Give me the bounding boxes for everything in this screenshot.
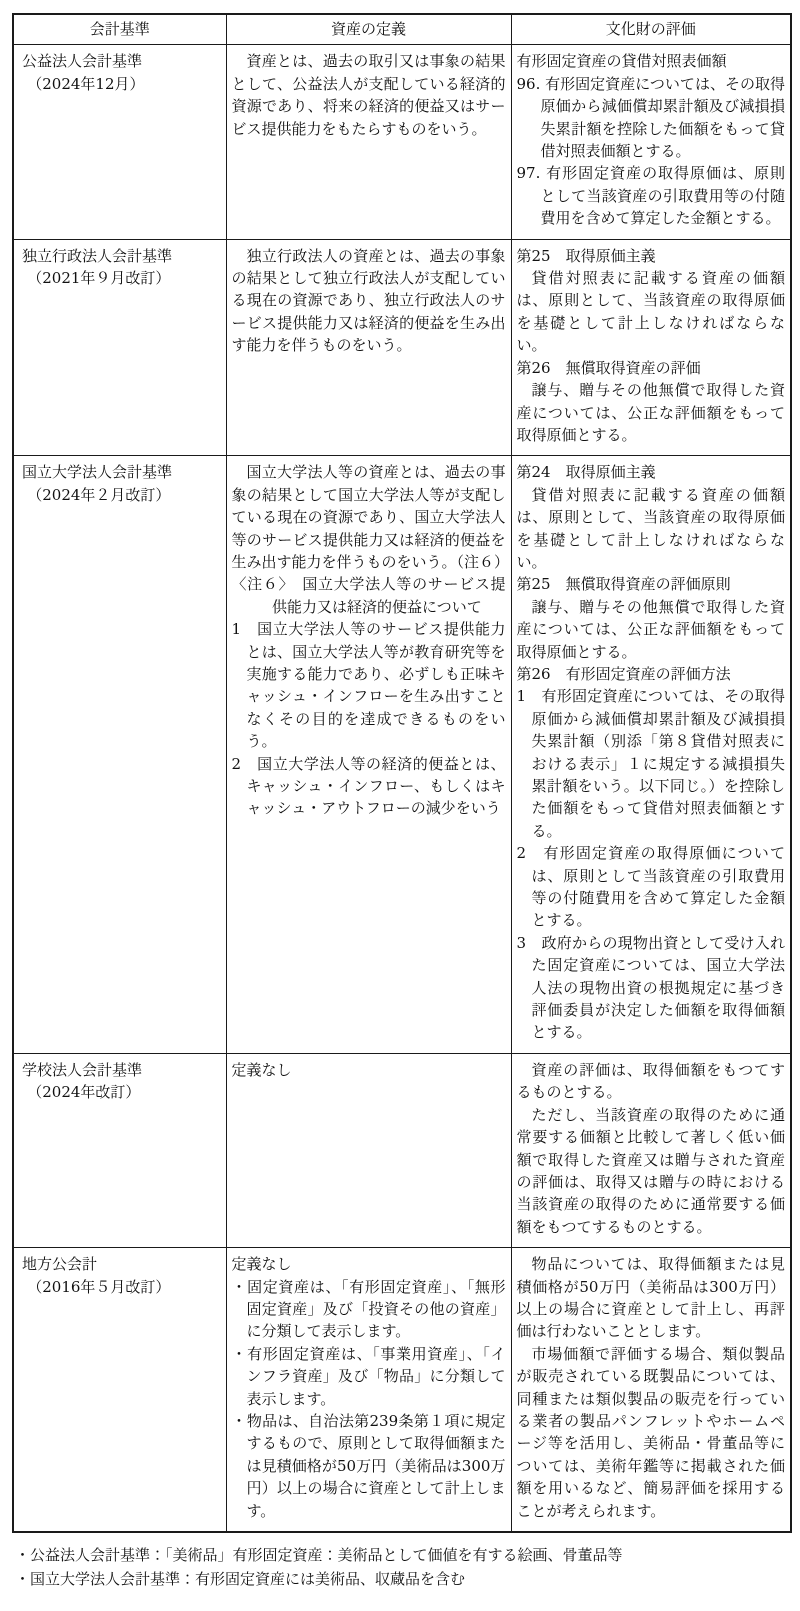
paragraph: 貸借対照表に記載する資産の価額は、原則として、当該資産の取得原価を基礎として計上… [517,484,786,574]
paragraph: 物品については、取得価額または見積価格が50万円（美術品は300万円）以上の場合… [517,1253,786,1343]
cell-standard-name: 地方公会計 （2016年５月改訂） [13,1248,226,1532]
footnote-kokuritsu-bijutsuhin: ・国立大学法人会計基準：有形固定資産には美術品、収蔵品を含む [15,1567,790,1591]
cell-asset-definition: 資産とは、過去の取引又は事象の結果として、公益法人が支配している経済的資源であり… [226,45,511,239]
standard-name: 学校法人会計基準 [22,1059,220,1081]
paragraph: 97. 有形固定資産の取得原価は、原則として当該資産の引取費用等の付随費用を含め… [517,162,786,229]
paragraph: 資産とは、過去の取引又は事象の結果として、公益法人が支配している経済的資源であり… [232,50,506,140]
table-row-gakko-hojin: 学校法人会計基準 （2024年改訂） 定義なし 資産の評価は、取得価額をもつてす… [13,1053,791,1247]
paragraph: 3 政府からの現物出資として受け入れた固定資産については、国立大学法人法の現物出… [517,932,786,1044]
paragraph: 市場価額で評価する場合、類似製品が販売されている既製品については、同種または類似… [517,1343,786,1522]
standard-name: 独立行政法人会計基準 [22,245,220,267]
paragraph: 第26 有形固定資産の評価方法 [517,663,786,685]
paragraph: 譲与、贈与その他無償で取得した資産については、公正な評価額をもって取得原価とする… [517,596,786,663]
paragraph: 第25 無償取得資産の評価原則 [517,573,786,595]
header-asset-definition: 資産の定義 [226,14,511,45]
cell-cultural-property-evaluation: 資産の評価は、取得価額をもつてするものとする。ただし、当該資産の取得のために通常… [511,1053,791,1247]
footnotes: ・公益法人会計基準：「美術品」有形固定資産：美術品として価値を有する絵画、骨董品… [15,1543,790,1591]
accounting-standards-comparison-table: 会計基準 資産の定義 文化財の評価 公益法人会計基準 （2024年12月） 資産… [12,13,792,1533]
paragraph: ただし、当該資産の取得のために通常要する価額と比較して著しく低い価額で取得した資… [517,1104,786,1238]
table-header-row: 会計基準 資産の定義 文化財の評価 [13,14,791,45]
cell-standard-name: 公益法人会計基準 （2024年12月） [13,45,226,239]
cell-standard-name: 学校法人会計基準 （2024年改訂） [13,1053,226,1247]
standard-name: 公益法人会計基準 [22,50,220,72]
cell-asset-definition: 国立大学法人等の資産とは、過去の事象の結果として国立大学法人等が支配している現在… [226,456,511,1054]
paragraph: 独立行政法人の資産とは、過去の事象の結果として独立行政法人が支配している現在の資… [232,245,506,357]
cell-asset-definition: 定義なし [226,1053,511,1247]
standard-name: 地方公会計 [22,1253,220,1275]
standard-date: （2021年９月改訂） [22,267,220,289]
header-accounting-standard: 会計基準 [13,14,226,45]
table-row-kokuritsu-daigaku: 国立大学法人会計基準 （2024年２月改訂） 国立大学法人等の資産とは、過去の事… [13,456,791,1054]
standard-date: （2024年２月改訂） [22,484,220,506]
header-cultural-property-evaluation: 文化財の評価 [511,14,791,45]
paragraph: 第24 取得原価主義 [517,461,786,483]
cell-asset-definition: 独立行政法人の資産とは、過去の事象の結果として独立行政法人が支配している現在の資… [226,239,511,456]
document-page: 会計基準 資産の定義 文化財の評価 公益法人会計基準 （2024年12月） 資産… [0,0,800,1611]
paragraph: 1 有形固定資産については、その取得原価から減価償却累計額及び減損損失累計額（別… [517,685,786,842]
paragraph: 第25 取得原価主義 [517,245,786,267]
paragraph: ・有形固定資産は、「事業用資産」、「インフラ資産」及び「物品」に分類して表示しま… [232,1343,506,1410]
standard-date: （2024年12月） [22,73,220,95]
paragraph: 定義なし [232,1059,506,1081]
table-row-chiho-kokaikei: 地方公会計 （2016年５月改訂） 定義なし・固定資産は、「有形固定資産」、「無… [13,1248,791,1532]
paragraph: 定義なし [232,1253,506,1275]
paragraph: 譲与、贈与その他無償で取得した資産については、公正な評価額をもって取得原価とする… [517,379,786,446]
cell-cultural-property-evaluation: 物品については、取得価額または見積価格が50万円（美術品は300万円）以上の場合… [511,1248,791,1532]
cell-asset-definition: 定義なし・固定資産は、「有形固定資産」、「無形固定資産」及び「投資その他の資産」… [226,1248,511,1532]
paragraph: 1 国立大学法人等のサービス提供能力とは、国立大学法人等が教育研究等を実施する能… [232,618,506,752]
paragraph: 2 有形固定資産の取得原価については、原則として当該資産の引取費用等の付随費用を… [517,842,786,932]
paragraph: ・固定資産は、「有形固定資産」、「無形固定資産」及び「投資その他の資産」に分類し… [232,1276,506,1343]
table-row-koeki-hojin: 公益法人会計基準 （2024年12月） 資産とは、過去の取引又は事象の結果として… [13,45,791,239]
footnote-koeki-bijutsuhin: ・公益法人会計基準：「美術品」有形固定資産：美術品として価値を有する絵画、骨董品… [15,1543,790,1567]
paragraph: 国立大学法人等の資産とは、過去の事象の結果として国立大学法人等が支配している現在… [232,461,506,573]
paragraph: 96. 有形固定資産については、その取得原価から減価償却累計額及び減損損失累計額… [517,73,786,163]
cell-cultural-property-evaluation: 第25 取得原価主義貸借対照表に記載する資産の価額は、原則として、当該資産の取得… [511,239,791,456]
cell-standard-name: 独立行政法人会計基準 （2021年９月改訂） [13,239,226,456]
paragraph: 貸借対照表に記載する資産の価額は、原則として、当該資産の取得原価を基礎として計上… [517,267,786,357]
cell-standard-name: 国立大学法人会計基準 （2024年２月改訂） [13,456,226,1054]
paragraph: 有形固定資産の貸借対照表価額 [517,50,786,72]
cell-cultural-property-evaluation: 有形固定資産の貸借対照表価額96. 有形固定資産については、その取得原価から減価… [511,45,791,239]
paragraph: 〈注６〉 国立大学法人等のサービス提供能力又は経済的便益について [232,573,506,618]
paragraph: ・物品は、自治法第239条第１項に規定するもので、原則として取得価額または見積価… [232,1410,506,1522]
cell-cultural-property-evaluation: 第24 取得原価主義貸借対照表に記載する資産の価額は、原則として、当該資産の取得… [511,456,791,1054]
paragraph: 2 国立大学法人等の経済的便益とは、キャッシュ・インフロー、もしくはキャッシュ・… [232,753,506,820]
paragraph: 資産の評価は、取得価額をもつてするものとする。 [517,1059,786,1104]
paragraph: 第26 無償取得資産の評価 [517,357,786,379]
standard-date: （2024年改訂） [22,1081,220,1103]
standard-name: 国立大学法人会計基準 [22,461,220,483]
standard-date: （2016年５月改訂） [22,1276,220,1298]
table-row-dokuritsu-gyosei: 独立行政法人会計基準 （2021年９月改訂） 独立行政法人の資産とは、過去の事象… [13,239,791,456]
